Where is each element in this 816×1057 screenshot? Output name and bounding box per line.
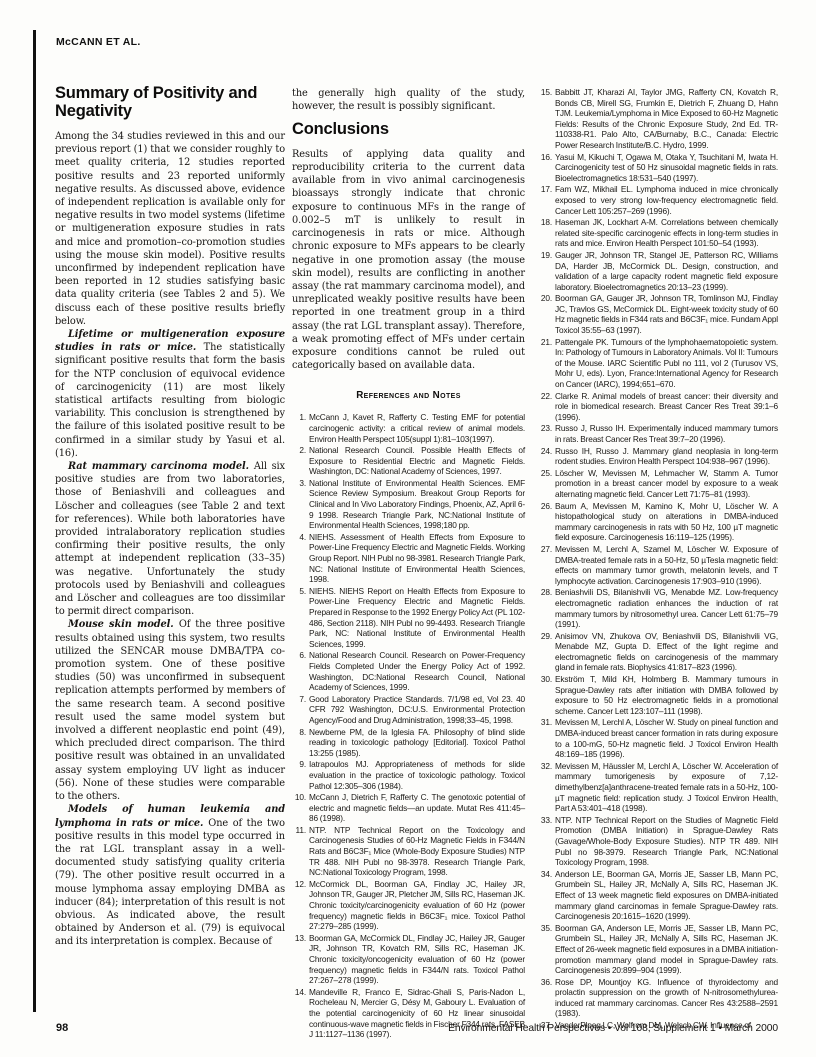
reference-number: 16. [538,152,555,163]
left-margin-rule [33,30,36,1012]
reference-item: 34. Anderson LE, Boorman GA, Morris JE, … [538,869,778,922]
paragraph-lead: Rat mammary carcinoma model. [68,461,254,472]
reference-item: 33. NTP. NTP Technical Report on the Stu… [538,815,778,868]
reference-text: Mevissen M, Lerchl A, Szamel M, Löscher … [555,544,778,586]
reference-text: Ekström T, Mild KH, Holmberg B. Mammary … [555,674,778,716]
reference-number: 11. [292,825,309,836]
references-heading: References and Notes [292,390,525,401]
reference-text: Fam WZ, Mikhail EL. Lymphoma induced in … [555,184,778,216]
reference-number: 17. [538,184,555,195]
reference-number: 7. [292,694,309,705]
reference-text: Russo J, Russo IH. Experimentally induce… [555,423,778,444]
reference-item: 18. Haseman JK, Lockhart A-M. Correlatio… [538,217,778,249]
reference-item: 12. McCormick DL, Boorman GA, Findlay JC… [292,879,525,932]
reference-item: 1. McCann J, Kavet R, Rafferty C. Testin… [292,412,525,444]
running-head: McCANN ET AL. [56,36,141,48]
reference-item: 24. Russo IH, Russo J. Mammary gland neo… [538,446,778,467]
reference-number: 2. [292,445,309,456]
reference-text: NIEHS. NIEHS Report on Health Effects fr… [309,586,525,650]
reference-item: 8. Newberne PM, de la Iglesia FA. Philos… [292,727,525,759]
reference-text: McCann J, Kavet R, Rafferty C. Testing E… [309,412,525,444]
reference-item: 15. Babbitt JT, Kharazi AI, Taylor JMG, … [538,87,778,151]
reference-text: Yasui M, Kikuchi T, Ogawa M, Otaka Y, Ts… [555,152,778,184]
reference-text: National Institute of Environmental Heal… [309,478,525,531]
reference-text: NTP. NTP Technical Report on the Studies… [555,815,778,868]
reference-text: Boorman GA, Anderson LE, Morris JE, Sass… [555,923,778,976]
reference-number: 14. [292,987,309,998]
reference-text: Boorman GA, Gauger JR, Johnson TR, Tomli… [555,293,778,335]
reference-item: 2. National Research Council. Possible H… [292,445,525,477]
reference-text: McCann J, Dietrich F, Rafferty C. The ge… [309,792,525,824]
journal-footer: Environmental Health Perspectives • Vol … [448,1023,778,1034]
reference-item: 5. NIEHS. NIEHS Report on Health Effects… [292,586,525,650]
reference-number: 8. [292,727,309,738]
summary-paragraph: Among the 34 studies reviewed in this an… [55,130,285,328]
reference-text: Pattengale PK. Tumours of the lymphohaem… [555,337,778,390]
reference-item: 26. Baum A, Mevissen M, Kamino K, Mohr U… [538,501,778,543]
reference-item: 13. Boorman GA, McCormick DL, Findlay JC… [292,933,525,986]
reference-item: 17. Fam WZ, Mikhail EL. Lymphoma induced… [538,184,778,216]
reference-item: 6. National Research Council. Research o… [292,650,525,692]
reference-item: 35. Boorman GA, Anderson LE, Morris JE, … [538,923,778,976]
reference-number: 30. [538,674,555,685]
reference-text: Beniashvili DS, Bilanishvili VG, Menabde… [555,587,778,629]
reference-number: 13. [292,933,309,944]
reference-text: Haseman JK, Lockhart A-M. Correlations b… [555,217,778,249]
summary-paragraph: Rat mammary carcinoma model.All six posi… [55,460,285,618]
reference-number: 5. [292,586,309,597]
paragraph-text: Among the 34 studies reviewed in this an… [55,131,285,327]
reference-item: 10. McCann J, Dietrich F, Rafferty C. Th… [292,792,525,824]
reference-text: National Research Council. Research on P… [309,650,525,692]
reference-list-col2: 1. McCann J, Kavet R, Rafferty C. Testin… [292,412,525,1039]
journal-page: McCANN ET AL. Summary of Positivity and … [0,0,816,1057]
reference-number: 31. [538,717,555,728]
conclusions-paragraph: Results of applying data quality and rep… [292,148,525,372]
reference-number: 29. [538,631,555,642]
reference-number: 10. [292,792,309,803]
reference-item: 11. NTP. NTP Technical Report on the Tox… [292,825,525,878]
reference-text: NIEHS. Assessment of Health Effects from… [309,532,525,585]
reference-item: 20. Boorman GA, Gauger JR, Johnson TR, T… [538,293,778,335]
reference-item: 32. Mevissen M, Häussler M, Lerchl A, Lö… [538,761,778,814]
reference-text: Baum A, Mevissen M, Kamino K, Mohr U, Lö… [555,501,778,543]
column-conclusions-references: the generally high quality of the study,… [292,84,525,1041]
reference-number: 25. [538,468,555,479]
reference-item: 3. National Institute of Environmental H… [292,478,525,531]
paragraph-text: All six positive studies are from two la… [55,461,285,617]
reference-number: 36. [538,977,555,988]
paragraph-lead: Mouse skin model. [68,619,179,630]
reference-item: 16. Yasui M, Kikuchi T, Ogawa M, Otaka Y… [538,152,778,184]
reference-number: 32. [538,761,555,772]
paragraph-text: Of the three positive results obtained u… [55,619,285,802]
reference-text: Good Laboratory Practice Standards. 7/1/… [309,694,525,726]
reference-number: 23. [538,423,555,434]
summary-paragraph: Models of human leukemia and lymphoma in… [55,803,285,948]
reference-text: Gauger JR, Johnson TR, Stangel JE, Patte… [555,250,778,292]
reference-text: McCormick DL, Boorman GA, Findlay JC, Ha… [309,879,525,932]
reference-number: 6. [292,650,309,661]
reference-number: 24. [538,446,555,457]
reference-item: 31. Mevissen M, Lerchl A, Löscher W. Stu… [538,717,778,759]
reference-item: 29. Anisimov VN, Zhukova OV, Beniashvili… [538,631,778,673]
reference-number: 28. [538,587,555,598]
page-number: 98 [56,1022,68,1034]
reference-number: 34. [538,869,555,880]
reference-number: 3. [292,478,309,489]
reference-number: 33. [538,815,555,826]
reference-text: Rose DP, Mountjoy KG. Influence of thyro… [555,977,778,1019]
reference-number: 20. [538,293,555,304]
reference-text: National Research Council. Possible Heal… [309,445,525,477]
reference-text: Newberne PM, de la Iglesia FA. Philosoph… [309,727,525,759]
reference-item: 4. NIEHS. Assessment of Health Effects f… [292,532,525,585]
reference-item: 23. Russo J, Russo IH. Experimentally in… [538,423,778,444]
summary-heading: Summary of Positivity and Negativity [55,84,285,121]
reference-text: NTP. NTP Technical Report on the Toxicol… [309,825,525,878]
paragraph-text: The statistically significant positive r… [55,342,285,459]
reference-text: Anisimov VN, Zhukova OV, Beniashvili DS,… [555,631,778,673]
reference-item: 21. Pattengale PK. Tumours of the lympho… [538,337,778,390]
reference-item: 19. Gauger JR, Johnson TR, Stangel JE, P… [538,250,778,292]
reference-number: 18. [538,217,555,228]
column-summary: Summary of Positivity and Negativity Amo… [55,84,285,1041]
reference-number: 12. [292,879,309,890]
reference-text: Mevissen M, Lerchl A, Löscher W. Study o… [555,717,778,759]
reference-text: Boorman GA, McCormick DL, Findlay JC, Ha… [309,933,525,986]
carryover-paragraph: the generally high quality of the study,… [292,87,525,113]
reference-number: 35. [538,923,555,934]
reference-number: 22. [538,391,555,402]
reference-item: 22. Clarke R. Animal models of breast ca… [538,391,778,423]
reference-number: 4. [292,532,309,543]
reference-item: 30. Ekström T, Mild KH, Holmberg B. Mamm… [538,674,778,716]
column-references: 15. Babbitt JT, Kharazi AI, Taylor JMG, … [538,84,778,1041]
reference-number: 21. [538,337,555,348]
reference-item: 27. Mevissen M, Lerchl A, Szamel M, Lösc… [538,544,778,586]
reference-item: 25. Löscher W, Mevissen M, Lehmacher W, … [538,468,778,500]
page-columns: Summary of Positivity and Negativity Amo… [55,84,778,1041]
reference-text: Iatrapoulos MJ. Appropriateness of metho… [309,759,525,791]
paragraph-text: One of the two positive results in this … [55,818,285,948]
reference-item: 9. Iatrapoulos MJ. Appropriateness of me… [292,759,525,791]
reference-number: 26. [538,501,555,512]
reference-number: 19. [538,250,555,261]
reference-item: 28. Beniashvili DS, Bilanishvili VG, Men… [538,587,778,629]
summary-paragraph: Mouse skin model.Of the three positive r… [55,618,285,803]
reference-text: Clarke R. Animal models of breast cancer… [555,391,778,423]
reference-number: 27. [538,544,555,555]
reference-text: Russo IH, Russo J. Mammary gland neoplas… [555,446,778,467]
reference-number: 9. [292,759,309,770]
summary-paragraph: Lifetime or multigeneration exposure stu… [55,328,285,460]
reference-text: Babbitt JT, Kharazi AI, Taylor JMG, Raff… [555,87,778,151]
reference-list-col3: 15. Babbitt JT, Kharazi AI, Taylor JMG, … [538,87,778,1031]
reference-text: Mevissen M, Häussler M, Lerchl A, Lösche… [555,761,778,814]
reference-number: 15. [538,87,555,98]
reference-text: Anderson LE, Boorman GA, Morris JE, Sass… [555,869,778,922]
reference-item: 7. Good Laboratory Practice Standards. 7… [292,694,525,726]
reference-text: Löscher W, Mevissen M, Lehmacher W, Stam… [555,468,778,500]
conclusions-heading: Conclusions [292,120,525,138]
reference-number: 1. [292,412,309,423]
reference-item: 36. Rose DP, Mountjoy KG. Influence of t… [538,977,778,1019]
